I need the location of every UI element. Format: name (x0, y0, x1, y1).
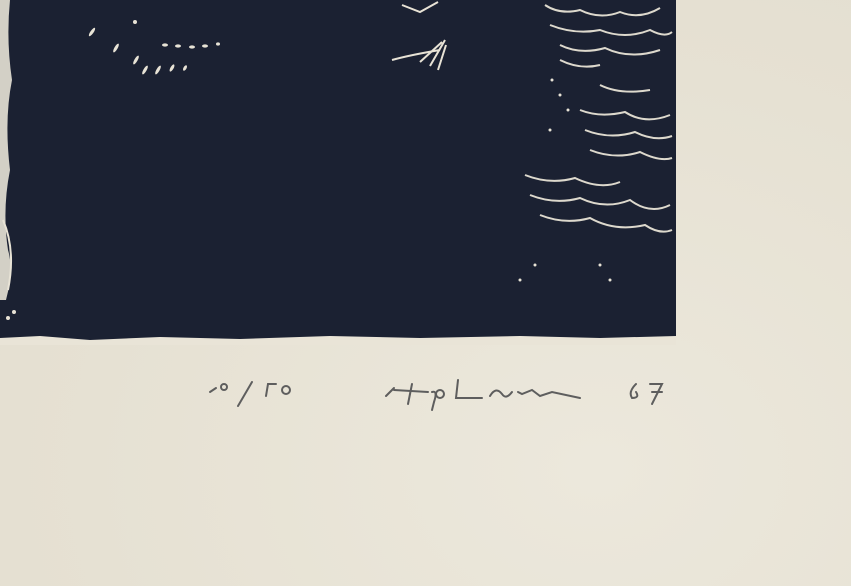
print-texture (0, 0, 676, 345)
pencil-signature-strokes (200, 362, 680, 422)
pencil-annotation: 10/50 Hepburn 67 (200, 362, 680, 422)
relief-print-block (0, 0, 676, 340)
